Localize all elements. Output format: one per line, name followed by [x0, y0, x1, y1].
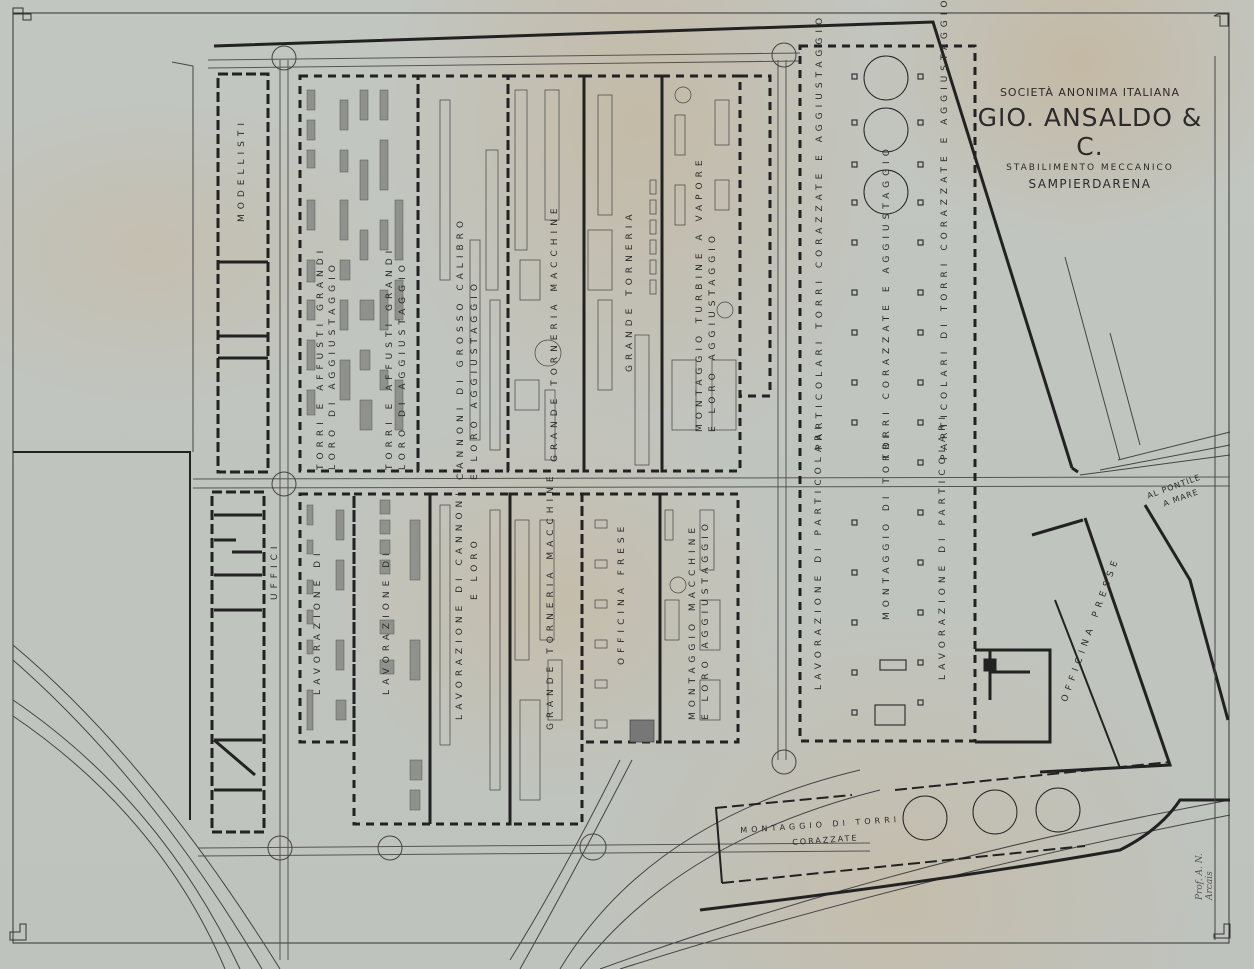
- label-east-hall-2: TORRI CORAZZATE E AGGIUSTAGGIO: [882, 144, 892, 460]
- label-south-hall-2: LAVORAZIONE DI: [382, 548, 392, 695]
- label-north-hall-1a: TORRI E AFFUSTI GRANDI: [316, 246, 326, 470]
- draftsman-signature: Prof. A. N. Arcais: [1195, 841, 1215, 900]
- label-north-hall-6a: MONTAGGIO TURBINE A VAPORE: [695, 155, 705, 432]
- label-south-hall-3a: LAVORAZIONE DI CANNONI: [455, 488, 465, 720]
- label-north-hall-1b: LORO DI AGGIUSTAGGIO: [328, 260, 338, 470]
- label-north-hall-2b: LORO DI AGGIUSTAGGIO: [398, 260, 408, 470]
- company-name: GIO. ANSALDO & C.: [960, 103, 1220, 161]
- label-modellisti: MODELLISTI: [237, 118, 247, 222]
- label-south-hall-6b: E LORO AGGIUSTAGGIO: [701, 519, 711, 720]
- label-east-hall-3: PARTICOLARI DI TORRI CORAZZATE E AGGIUST…: [940, 0, 950, 460]
- label-uffici: UFFICI: [270, 541, 280, 600]
- label-north-hall-6b: E LORO AGGIUSTAGGIO: [708, 231, 718, 432]
- company-type: SOCIETÀ ANONIMA ITALIANA: [960, 86, 1220, 99]
- map-sheet: SOCIETÀ ANONIMA ITALIANA GIO. ANSALDO & …: [0, 0, 1254, 969]
- label-south-hall-5: OFFICINA FRESE: [617, 522, 627, 665]
- label-north-hall-3b: E LORO AGGIUSTAGGIO: [470, 279, 480, 480]
- location-name: SAMPIERDARENA: [960, 177, 1220, 191]
- label-north-hall-2a: TORRI E AFFUSTI GRANDI: [385, 246, 395, 470]
- label-south-hall-4: GRANDE TORNERIA MACCHINE: [546, 471, 556, 730]
- label-north-hall-3a: CANNONI DI GROSSO CALIBRO: [456, 216, 466, 480]
- title-block: SOCIETÀ ANONIMA ITALIANA GIO. ANSALDO & …: [960, 86, 1220, 191]
- label-south-east-hall-2: MONTAGGIO DI TORRI: [882, 431, 892, 620]
- label-east-hall-1: PARTICOLARI TORRI CORAZZATE E AGGIUSTAGG…: [815, 13, 825, 450]
- label-south-hall-6a: MONTAGGIO MACCHINE: [688, 523, 698, 720]
- label-south-hall-3b: E LORO: [470, 536, 480, 600]
- label-south-hall-1: LAVORAZIONE DI: [313, 548, 323, 695]
- facility-name: STABILIMENTO MECCANICO: [960, 163, 1220, 173]
- label-north-hall-4: GRANDE TORNERIA MACCHINE: [550, 203, 560, 462]
- south-halls: [300, 494, 738, 824]
- label-north-hall-5: GRANDE TORNERIA: [625, 209, 635, 372]
- label-south-east-hall-3: LAVORAZIONE DI PARTICOLARI: [938, 412, 948, 680]
- label-south-east-hall-1: LAVORAZIONE DI PARTICOLARI: [814, 422, 824, 690]
